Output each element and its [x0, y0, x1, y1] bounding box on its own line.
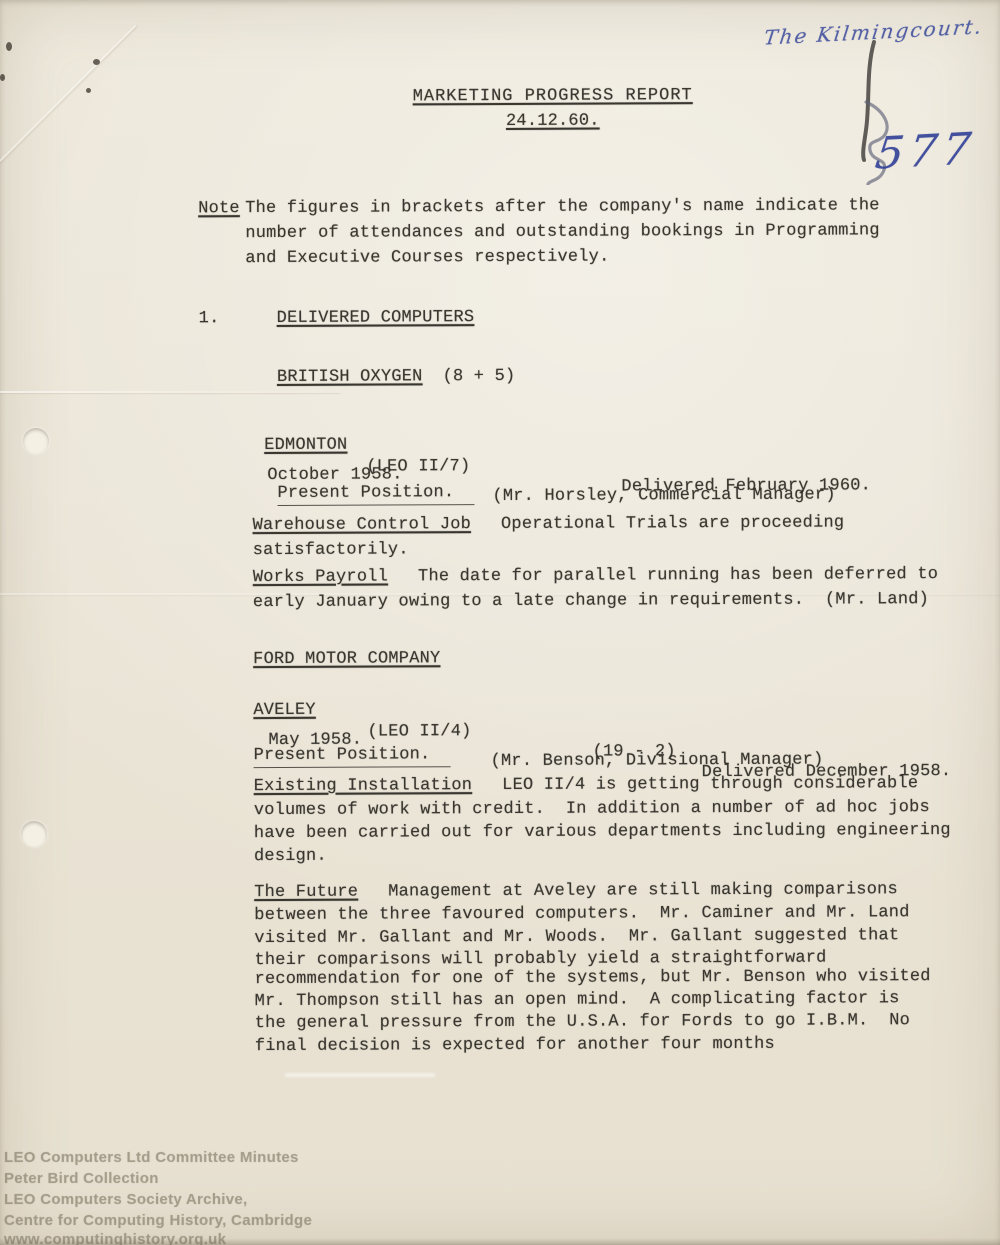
company-name: BRITISH OXYGEN	[277, 367, 423, 387]
present-position-heading: Present Position.	[277, 482, 474, 504]
watermark-line: Centre for Computing History, Cambridge	[4, 1212, 312, 1229]
note-label: Note	[198, 198, 240, 219]
note-line: The figures in brackets after the compan…	[245, 195, 880, 219]
scanned-document-page: The Kilmingcourt. 577 MARKETING PROGRESS…	[0, 0, 1000, 1245]
contact-name: (Mr. Benson, Divisional Manager)	[491, 749, 824, 772]
existing-installation-line: Existing InstallationLEO II/4 is getting…	[254, 773, 919, 797]
warehouse-job-line: satisfactorily.	[253, 539, 409, 561]
watermark-line: www.computinghistory.org.uk	[4, 1231, 226, 1245]
note-line: number of attendances and outstanding bo…	[245, 220, 880, 244]
report-date: 24.12.60.	[506, 111, 600, 133]
future-line: The FutureManagement at Aveley are still…	[254, 879, 898, 903]
company-heading-british-oxygen: BRITISH OXYGEN(8 + 5)	[277, 366, 516, 388]
future-line: Mr. Thompson still has an open mind. A c…	[255, 988, 900, 1012]
section-number: 1.	[199, 308, 220, 329]
job-label: Works Payroll	[253, 567, 388, 587]
existing-installation-line: volumes of work with credit. In addition…	[254, 797, 930, 821]
watermark-line: Peter Bird Collection	[4, 1170, 159, 1187]
paragraph-label: The Future	[254, 883, 358, 902]
future-line: recommendation for one of the systems, b…	[255, 966, 931, 990]
note-line: and Executive Courses respectively.	[245, 247, 609, 270]
paragraph-label: Existing Installation	[254, 776, 473, 796]
future-line: the general pressure from the U.S.A. for…	[255, 1010, 910, 1034]
payroll-job-line: Works PayrollThe date for parallel runni…	[253, 564, 938, 588]
section-heading: DELIVERED COMPUTERS	[277, 307, 475, 329]
watermark-line: LEO Computers Society Archive,	[4, 1191, 248, 1208]
present-position-heading: Present Position.	[254, 744, 451, 766]
company-heading-ford: FORD MOTOR COMPANY	[253, 648, 440, 670]
payroll-job-line: early January owing to a late change in …	[253, 589, 929, 613]
job-label: Warehouse Control Job	[253, 515, 472, 535]
title-block: MARKETING PROGRESS REPORT 24.12.60.	[108, 84, 998, 134]
future-line: between the three favoured computers. Mr…	[254, 902, 909, 926]
page-title: MARKETING PROGRESS REPORT	[413, 85, 693, 107]
future-line: final decision is expected for another f…	[255, 1034, 775, 1058]
future-line: visited Mr. Gallant and Mr. Woods. Mr. G…	[254, 925, 899, 949]
existing-installation-line: design.	[254, 846, 327, 868]
typed-content: MARKETING PROGRESS REPORT 24.12.60. Note…	[0, 0, 1000, 1245]
existing-installation-line: have been carried out for various depart…	[254, 820, 951, 844]
warehouse-job-line: Warehouse Control JobOperational Trials …	[253, 512, 845, 536]
course-figures: (8 + 5)	[443, 367, 516, 386]
watermark-line: LEO Computers Ltd Committee Minutes	[4, 1149, 299, 1166]
contact-name: (Mr. Horsley, Commercial Manager)	[492, 484, 835, 507]
